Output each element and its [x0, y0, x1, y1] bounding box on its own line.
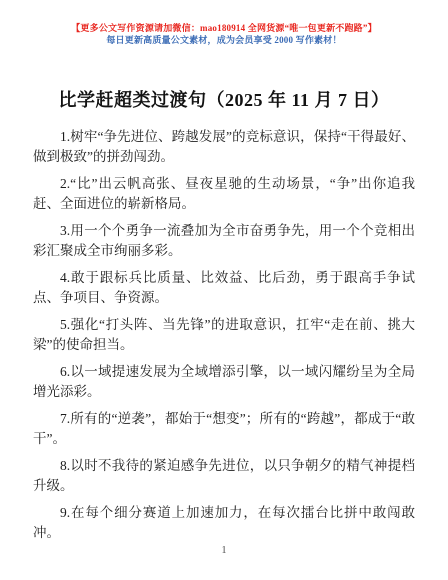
- promo-line-red: 【更多公文写作资源请加微信：mao180914 全网货源“唯一包更新不跑路”】: [0, 22, 448, 34]
- paragraph: 7.所有的“逆袭”，都始于“想变”；所有的“跨越”，都成于“敢干”。: [33, 409, 415, 449]
- promo-banner: 【更多公文写作资源请加微信：mao180914 全网货源“唯一包更新不跑路”】 …: [0, 0, 448, 46]
- paragraph: 2.“比”出云帆高张、昼夜星驰的生动场景，“争”出你追我赶、全面进位的崭新格局。: [33, 174, 415, 214]
- paragraph: 1.树牢“争先进位、跨越发展”的竞标意识，保持“干得最好、做到极致”的拼劲闯劲。: [33, 127, 415, 167]
- promo-line-blue: 每日更新高质量公文素材，成为会员享受 2000 写作素材！: [0, 34, 448, 46]
- paragraph: 3.用一个个勇争一流叠加为全市奋勇争先，用一个个竞相出彩汇聚成全市绚丽多彩。: [33, 221, 415, 261]
- paragraph: 4.敢于跟标兵比质量、比效益、比后劲，勇于跟高手争试点、争项目、争资源。: [33, 268, 415, 308]
- paragraph: 5.强化“打头阵、当先锋”的进取意识，扛牢“走在前、挑大梁”的使命担当。: [33, 315, 415, 355]
- page-number: 1: [0, 545, 448, 556]
- paragraph: 9.在每个细分赛道上加速加力，在每次擂台比拼中敢闯敢冲。: [33, 503, 415, 543]
- document-page: 【更多公文写作资源请加微信：mao180914 全网货源“唯一包更新不跑路”】 …: [0, 0, 448, 580]
- document-body: 1.树牢“争先进位、跨越发展”的竞标意识，保持“干得最好、做到极致”的拼劲闯劲。…: [33, 127, 415, 543]
- paragraph: 6.以一域提速发展为全域增添引擎，以一域闪耀纷呈为全局增光添彩。: [33, 362, 415, 402]
- page-title: 比学赶超类过渡句（2025 年 11 月 7 日）: [28, 86, 420, 112]
- paragraph: 8.以时不我待的紧迫感争先进位，以只争朝夕的精气神提档升级。: [33, 456, 415, 496]
